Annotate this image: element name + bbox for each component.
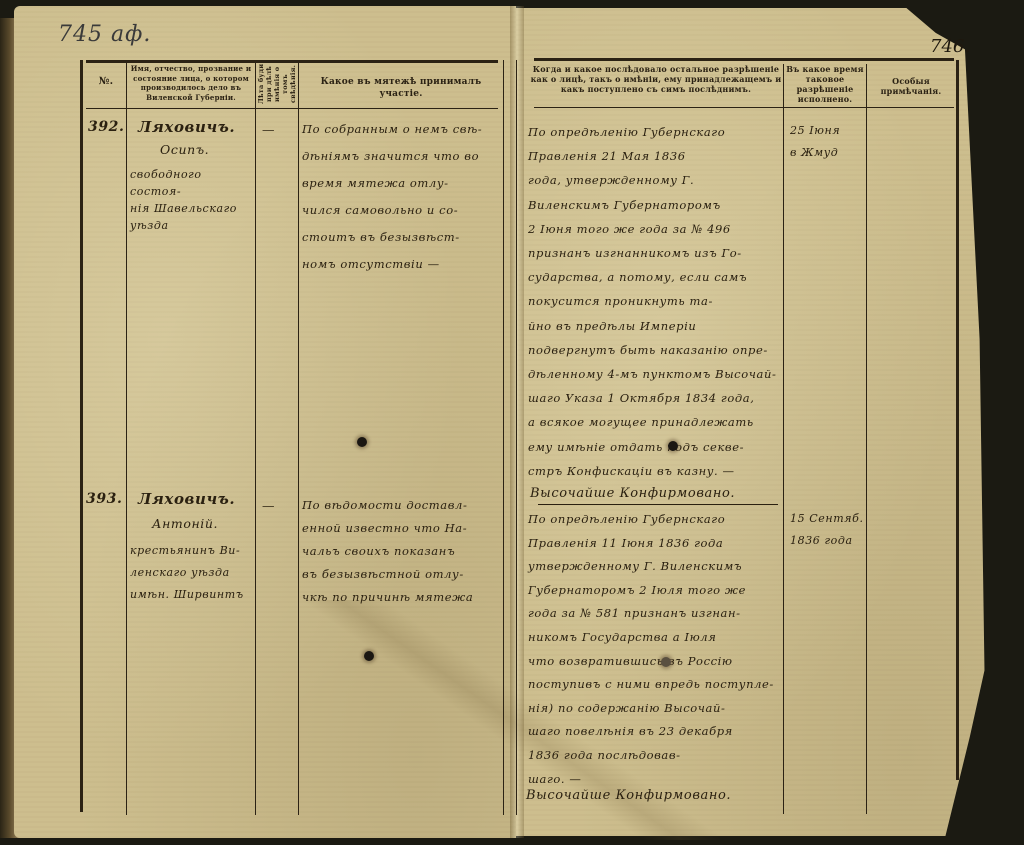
binding-hole <box>357 437 367 447</box>
person-surname: Ляховичъ. <box>138 488 235 511</box>
person-surname: Ляховичъ. <box>138 116 235 139</box>
binding-hole <box>364 651 374 661</box>
header-bottom-rule-right <box>534 107 954 108</box>
left-border-rule <box>80 60 83 812</box>
header-case: Лѣта буди при дѣлѣ имѣнія о томъ свѣдѣні… <box>257 62 297 106</box>
header-role: Какое въ мятежѣ принималъ участіе. <box>300 76 502 100</box>
role-text: По вѣдомости доставл- енной известно что… <box>302 494 502 609</box>
case-dash: — <box>262 494 275 517</box>
executed-date: 25 Іюня в Жмуд <box>790 120 864 164</box>
col-rule-5 <box>516 60 517 815</box>
decision-confirmation: Высочайше Конфирмовано. <box>530 482 780 505</box>
header-person: Имя, отчество, прозвание и состояние лиц… <box>128 64 254 102</box>
col-rule-1 <box>126 60 127 815</box>
archive-pencil-number: 745 аф. <box>58 22 151 47</box>
row-number: 393. <box>86 488 123 511</box>
col-rule-3 <box>298 60 299 815</box>
col-rule-2 <box>255 60 256 815</box>
row-number: 392. <box>88 116 125 139</box>
executed-date: 15 Сентяб. 1836 года <box>790 508 864 552</box>
person-given-name: Антоній. <box>152 512 218 535</box>
col-rule-4 <box>503 60 504 815</box>
decision-text: По опредѣленію Губернскаго Правленія 11 … <box>528 508 784 791</box>
header-num: №. <box>86 76 126 88</box>
decision-text: По опредѣленію Губернскаго Правленія 21 … <box>528 120 784 483</box>
col-rule-7 <box>866 64 867 814</box>
header-remarks: Особыя примѣчанія. <box>868 76 954 96</box>
header-bottom-rule-left <box>86 108 498 109</box>
confirmation-underline <box>538 504 778 505</box>
binding-hole <box>661 657 671 667</box>
folio-number: 746. <box>930 36 970 57</box>
header-decision: Когда и какое послѣдовало остальное разр… <box>530 64 782 94</box>
top-rule-right <box>534 58 954 61</box>
role-text: По собранным о немъ свѣ- дѣніямъ значитс… <box>302 116 502 278</box>
case-dash: — <box>262 118 275 141</box>
binding-hole <box>668 441 678 451</box>
person-given-name: Осипъ. <box>160 138 209 161</box>
person-status: свободного состоя- нія Шавельскаго уѣзда <box>130 166 254 234</box>
header-executed: Въ какое время таковое разрѣшеніе исполн… <box>785 64 865 104</box>
decision-confirmation: Высочайше Конфирмовано. <box>526 784 776 807</box>
right-border-rule <box>956 60 959 780</box>
person-status: крестьянинъ Ви- ленскаго уѣзда имѣн. Шир… <box>130 540 254 606</box>
